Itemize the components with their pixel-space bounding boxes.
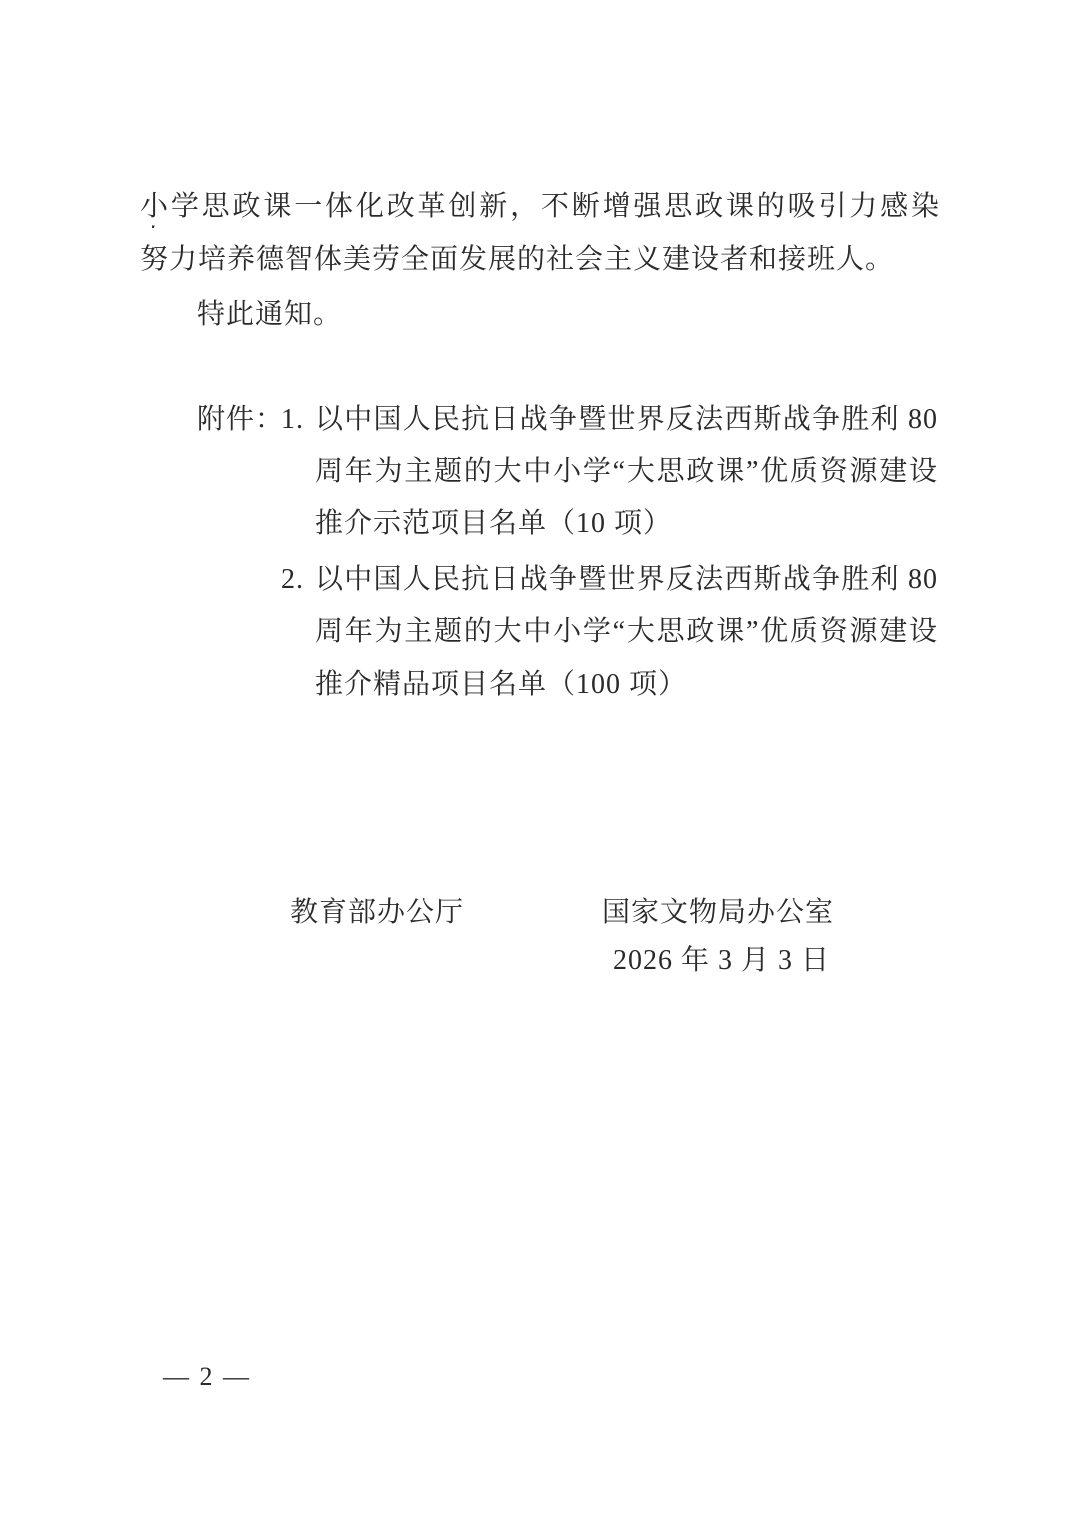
attachments-label: 附件： — [197, 403, 284, 437]
attachment-item-1-number: 1. — [281, 403, 304, 437]
signature-date: 2026 年 3 月 3 日 — [613, 944, 830, 978]
document-page: 小学思政课一体化改革创新，不断增强思政课的吸引力感染力， 努力培养德智体美劳全面… — [0, 0, 1080, 1528]
attachment-item-1-line-3: 推介示范项目名单（10 项） — [315, 507, 672, 541]
body-paragraph-line-2: 努力培养德智体美劳全面发展的社会主义建设者和接班人。 — [140, 243, 894, 277]
attachment-item-2-number: 2. — [281, 563, 304, 597]
attachment-item-2-line-3: 推介精品项目名单（100 项） — [315, 668, 687, 702]
attachment-item-2-line-2: 周年为主题的大中小学“大思政课”优质资源建设 — [315, 615, 938, 653]
notice-line: 特此通知。 — [197, 298, 342, 332]
signature-org-2: 国家文物局办公室 — [602, 896, 834, 930]
page-number: — 2 — — [163, 1361, 251, 1393]
attachment-item-2-line-1: 以中国人民抗日战争暨世界反法西斯战争胜利 80 — [315, 563, 938, 601]
signature-org-1: 教育部办公厅 — [290, 896, 464, 930]
attachment-item-1-line-1: 以中国人民抗日战争暨世界反法西斯战争胜利 80 — [315, 403, 938, 441]
attachment-item-1-line-2: 周年为主题的大中小学“大思政课”优质资源建设 — [315, 455, 938, 493]
body-paragraph-line-1: 小学思政课一体化改革创新，不断增强思政课的吸引力感染力， — [140, 190, 940, 228]
